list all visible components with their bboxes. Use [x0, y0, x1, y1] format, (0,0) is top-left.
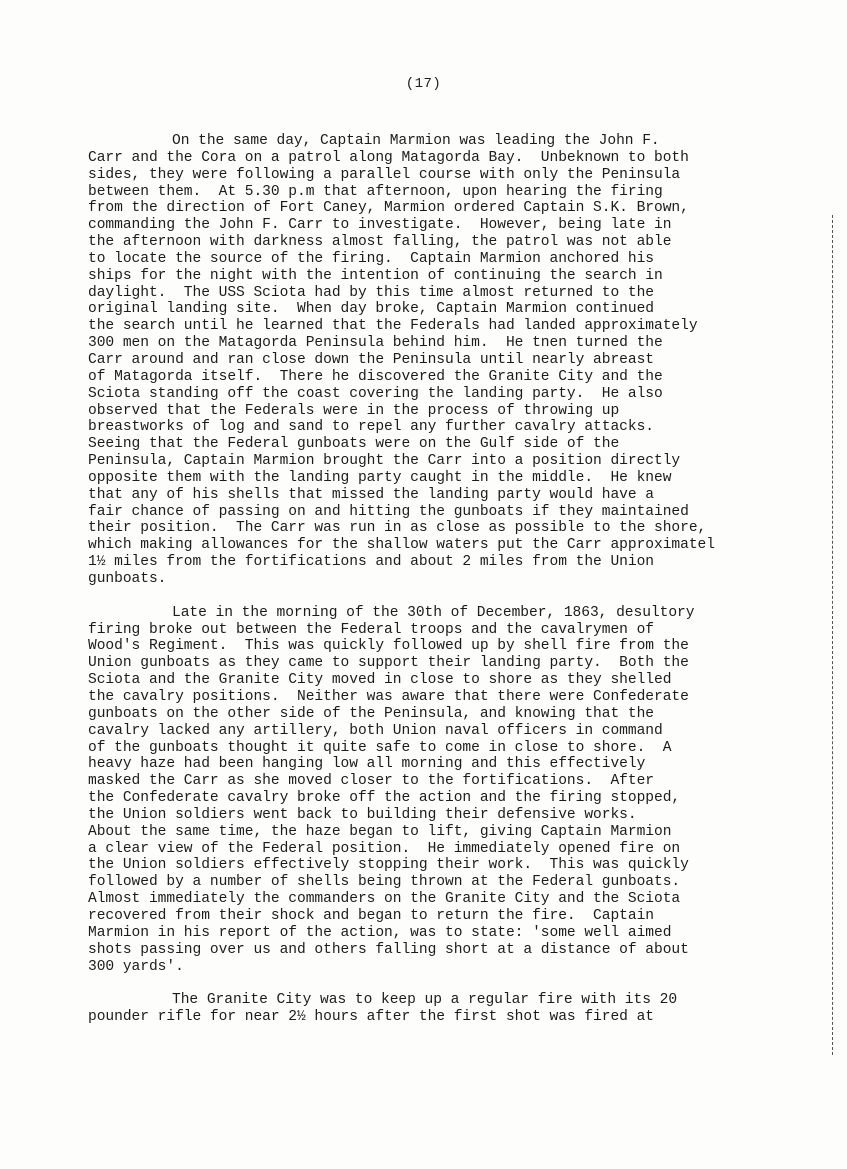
- text-line: Carr and the Cora on a patrol along Mata…: [88, 150, 828, 167]
- text-line: recovered from their shock and began to …: [88, 908, 828, 925]
- text-line: Wood's Regiment. This was quickly follow…: [88, 638, 828, 655]
- text-line: ships for the night with the intention o…: [88, 268, 828, 285]
- text-line: firing broke out between the Federal tro…: [88, 622, 828, 639]
- text-line: Sciota and the Granite City moved in clo…: [88, 672, 828, 689]
- text-line: of the gunboats thought it quite safe to…: [88, 740, 828, 757]
- text-line: sides, they were following a parallel co…: [88, 167, 828, 184]
- text-line: About the same time, the haze began to l…: [88, 824, 828, 841]
- text-line: pounder rifle for near 2½ hours after th…: [88, 1009, 828, 1026]
- text-line: of Matagorda itself. There he discovered…: [88, 369, 828, 386]
- paragraph: Late in the morning of the 30th of Decem…: [88, 605, 828, 976]
- text-line: 300 men on the Matagorda Peninsula behin…: [88, 335, 828, 352]
- text-line: the afternoon with darkness almost falli…: [88, 234, 828, 251]
- text-line: Carr around and ran close down the Penin…: [88, 352, 828, 369]
- text-line: from the direction of Fort Caney, Marmio…: [88, 200, 828, 217]
- paragraph: On the same day, Captain Marmion was lea…: [88, 133, 828, 588]
- text-line: On the same day, Captain Marmion was lea…: [88, 133, 828, 150]
- text-line: breastworks of log and sand to repel any…: [88, 419, 828, 436]
- body-text: On the same day, Captain Marmion was lea…: [88, 133, 828, 1043]
- text-line: Sciota standing off the coast covering t…: [88, 386, 828, 403]
- text-line: heavy haze had been hanging low all morn…: [88, 756, 828, 773]
- text-line: Peninsula, Captain Marmion brought the C…: [88, 453, 828, 470]
- text-line: commanding the John F. Carr to investiga…: [88, 217, 828, 234]
- text-line: the Union soldiers effectively stopping …: [88, 857, 828, 874]
- text-line: Union gunboats as they came to support t…: [88, 655, 828, 672]
- paragraph: The Granite City was to keep up a regula…: [88, 992, 828, 1026]
- text-line: gunboats on the other side of the Penins…: [88, 706, 828, 723]
- text-line: shots passing over us and others falling…: [88, 942, 828, 959]
- text-line: daylight. The USS Sciota had by this tim…: [88, 285, 828, 302]
- text-line: The Granite City was to keep up a regula…: [88, 992, 828, 1009]
- text-line: a clear view of the Federal position. He…: [88, 841, 828, 858]
- text-line: original landing site. When day broke, C…: [88, 301, 828, 318]
- text-line: Almost immediately the commanders on the…: [88, 891, 828, 908]
- text-line: the cavalry positions. Neither was aware…: [88, 689, 828, 706]
- text-line: fair chance of passing on and hitting th…: [88, 504, 828, 521]
- margin-rule: [832, 215, 833, 1055]
- text-line: to locate the source of the firing. Capt…: [88, 251, 828, 268]
- text-line: the search until he learned that the Fed…: [88, 318, 828, 335]
- text-line: which making allowances for the shallow …: [88, 537, 828, 554]
- text-line: Marmion in his report of the action, was…: [88, 925, 828, 942]
- text-line: 300 yards'.: [88, 959, 828, 976]
- text-line: their position. The Carr was run in as c…: [88, 520, 828, 537]
- text-line: masked the Carr as she moved closer to t…: [88, 773, 828, 790]
- page-number: (17): [0, 76, 847, 92]
- text-line: between them. At 5.30 p.m that afternoon…: [88, 184, 828, 201]
- text-line: the Confederate cavalry broke off the ac…: [88, 790, 828, 807]
- text-line: Late in the morning of the 30th of Decem…: [88, 605, 828, 622]
- text-line: observed that the Federals were in the p…: [88, 403, 828, 420]
- text-line: that any of his shells that missed the l…: [88, 487, 828, 504]
- text-line: followed by a number of shells being thr…: [88, 874, 828, 891]
- text-line: gunboats.: [88, 571, 828, 588]
- text-line: cavalry lacked any artillery, both Union…: [88, 723, 828, 740]
- text-line: the Union soldiers went back to building…: [88, 807, 828, 824]
- text-line: Seeing that the Federal gunboats were on…: [88, 436, 828, 453]
- text-line: 1½ miles from the fortifications and abo…: [88, 554, 828, 571]
- text-line: opposite them with the landing party cau…: [88, 470, 828, 487]
